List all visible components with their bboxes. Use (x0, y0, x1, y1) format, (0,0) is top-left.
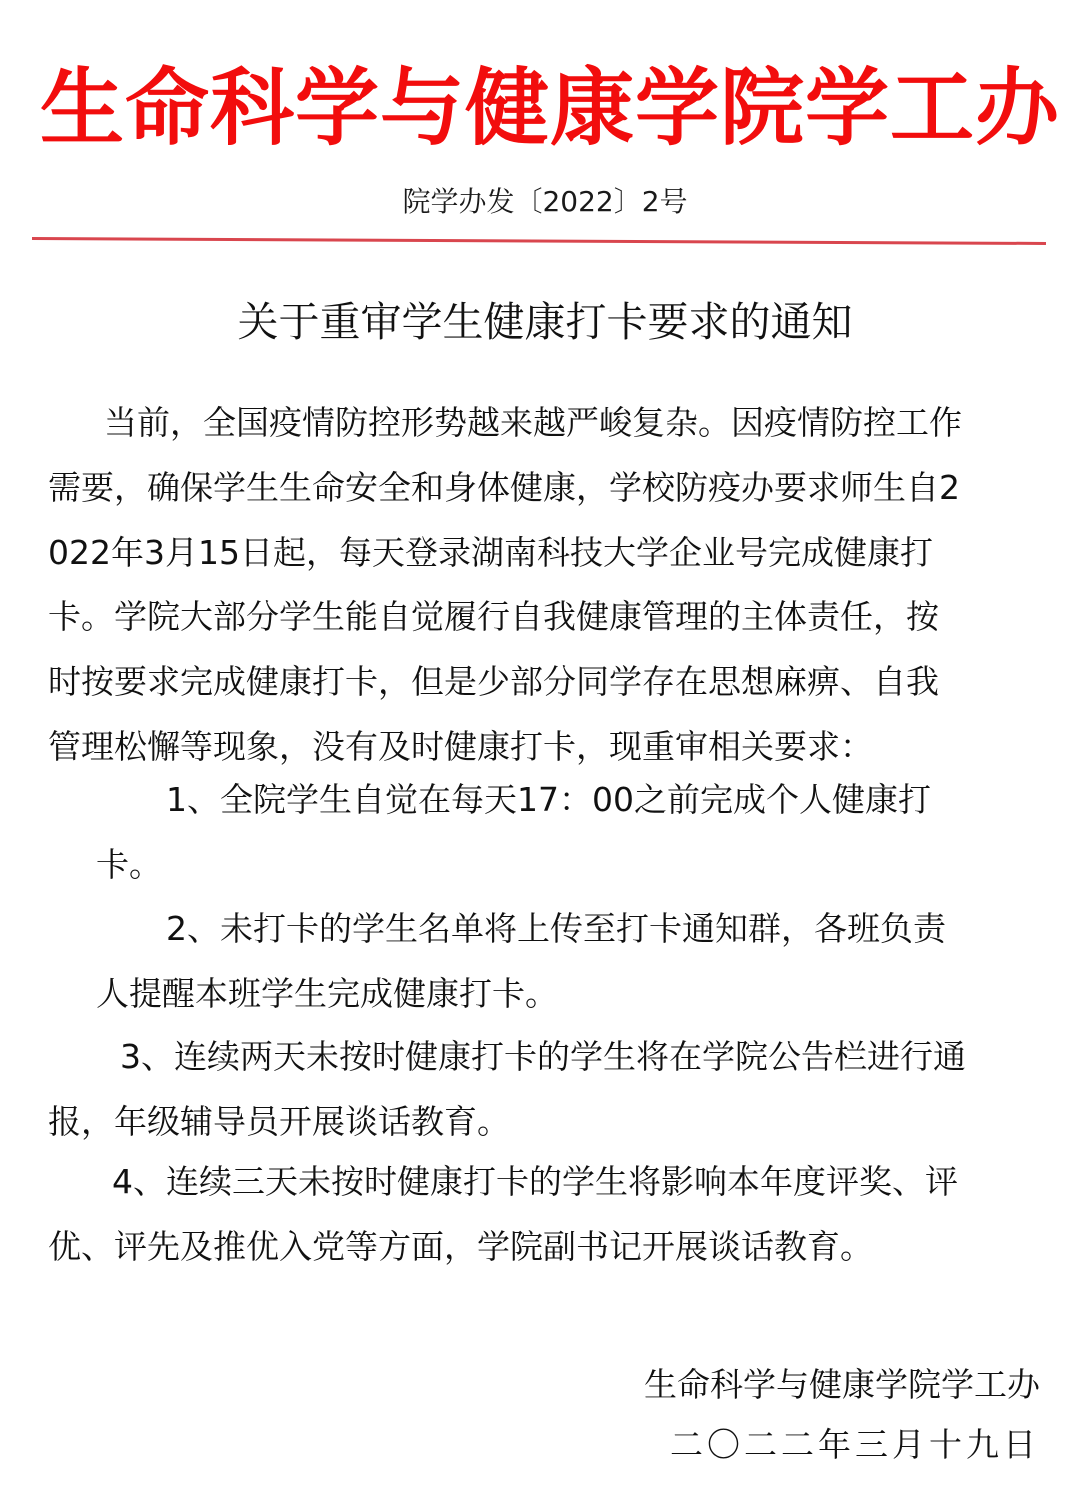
item-line: 优、评先及推优入党等方面，学院副书记开展谈话教育。 (48, 1215, 1038, 1280)
requirement-item-2: 2、未打卡的学生名单将上传至打卡通知群，各班负责 人提醒本班学生完成健康打卡。 (48, 897, 1038, 1027)
intro-line: 需要，确保学生生命安全和身体健康，学校防疫办要求师生自2 (48, 456, 1038, 521)
item-line: 报，年级辅导员开展谈话教育。 (48, 1090, 1038, 1155)
item-line: 3、连续两天未按时健康打卡的学生将在学院公告栏进行通 (48, 1025, 1038, 1090)
intro-line: 022年3月15日起，每天登录湖南科技大学企业号完成健康打 (48, 521, 1038, 586)
intro-line: 时按要求完成健康打卡，但是少部分同学存在思想麻痹、自我 (48, 650, 1038, 715)
item-line: 人提醒本班学生完成健康打卡。 (48, 962, 1038, 1027)
requirement-item-3: 3、连续两天未按时健康打卡的学生将在学院公告栏进行通 报，年级辅导员开展谈话教育… (48, 1025, 1038, 1155)
requirement-item-4: 4、连续三天未按时健康打卡的学生将影响本年度评奖、评 优、评先及推优入党等方面，… (48, 1150, 1038, 1280)
doc-number: 院学办发〔2022〕2号 (0, 182, 1080, 222)
item-line: 4、连续三天未按时健康打卡的学生将影响本年度评奖、评 (48, 1150, 1038, 1215)
intro-line: 当前，全国疫情防控形势越来越严峻复杂。因疫情防控工作 (48, 391, 1038, 456)
signature-issuer: 生命科学与健康学院学工办 (644, 1355, 1040, 1415)
signature-date: 二〇二二年三月十九日 (644, 1415, 1040, 1475)
item-line: 卡。 (48, 833, 1038, 898)
intro-line: 卡。学院大部分学生能自觉履行自我健康管理的主体责任，按 (48, 585, 1038, 650)
notice-title: 关于重审学生健康打卡要求的通知 (0, 292, 1080, 352)
signature-block: 生命科学与健康学院学工办 二〇二二年三月十九日 (644, 1355, 1040, 1475)
requirement-item-1: 1、全院学生自觉在每天17：00之前完成个人健康打 卡。 (48, 768, 1038, 898)
org-header: 生命科学与健康学院学工办 (0, 58, 1080, 158)
item-line: 2、未打卡的学生名单将上传至打卡通知群，各班负责 (48, 897, 1038, 962)
red-divider (32, 237, 1046, 245)
item-line: 1、全院学生自觉在每天17：00之前完成个人健康打 (48, 768, 1038, 833)
intro-paragraph: 当前，全国疫情防控形势越来越严峻复杂。因疫情防控工作 需要，确保学生生命安全和身… (48, 391, 1038, 780)
